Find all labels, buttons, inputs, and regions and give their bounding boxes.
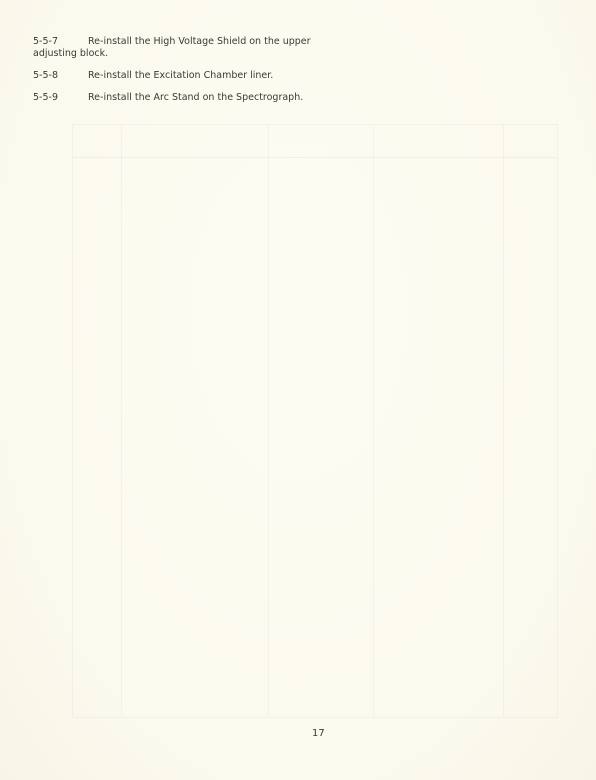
step-5-5-7: 5-5-7Re-install the High Voltage Shield …	[33, 36, 323, 60]
step-number: 5-5-9	[33, 92, 88, 104]
bleed-through-table	[72, 124, 558, 718]
page-number: 17	[312, 728, 325, 739]
step-text: Re-install the High Voltage Shield on th…	[88, 36, 311, 47]
step-number: 5-5-8	[33, 70, 88, 82]
step-continuation: adjusting block.	[33, 48, 108, 59]
step-text: Re-install the Arc Stand on the Spectrog…	[88, 92, 303, 103]
step-5-5-8: 5-5-8Re-install the Excitation Chamber l…	[33, 70, 323, 82]
step-text: Re-install the Excitation Chamber liner.	[88, 70, 273, 81]
step-5-5-9: 5-5-9Re-install the Arc Stand on the Spe…	[33, 92, 323, 104]
document-page: 5-5-7Re-install the High Voltage Shield …	[0, 0, 596, 780]
step-number: 5-5-7	[33, 36, 88, 48]
procedure-steps: 5-5-7Re-install the High Voltage Shield …	[33, 36, 323, 114]
